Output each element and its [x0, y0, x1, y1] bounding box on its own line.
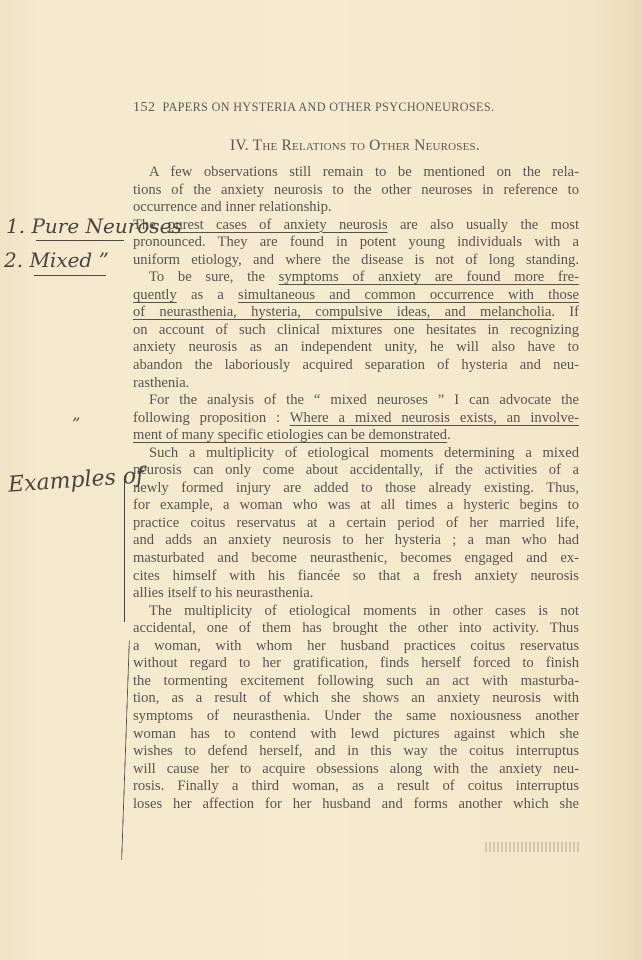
underlined-passage: quently [133, 287, 177, 303]
text-segment: . [447, 427, 451, 443]
text-line: will cause her to acquire obsessions alo… [133, 761, 579, 779]
text-line: accidental, one of them has brought the … [133, 620, 579, 638]
underlined-passage: Where a mixed neurosis exists, an involv… [290, 410, 579, 426]
text-line: abandon the laboriously acquired separat… [133, 357, 579, 375]
text-line: wishes to defend herself, and in this wa… [133, 743, 579, 761]
text-line: masturbated and become neurasthenic, bec… [133, 550, 579, 568]
underlined-passage: of neurasthenia, hysteria, compulsive id… [133, 304, 551, 320]
text-line: following proposition : Where a mixed ne… [133, 410, 579, 428]
text-line: without regard to her gratification, fin… [133, 655, 579, 673]
text-line: symptoms of neurasthenia. Under the same… [133, 708, 579, 726]
text-line: The multiplicity of etiological moments … [133, 603, 579, 621]
text-line: occurrence and inner relationship. [133, 199, 579, 217]
text-line: newly formed injury are added to those a… [133, 480, 579, 498]
page-number: 152 [133, 100, 156, 115]
text-line: quently as a simultaneous and common occ… [133, 287, 579, 305]
text-segment: as a [177, 287, 238, 303]
text-line: Such a multiplicity of etiological momen… [133, 445, 579, 463]
text-line: loses her affection for her husband and … [133, 796, 579, 814]
text-segment: . If [551, 304, 579, 320]
margin-bracket [124, 476, 125, 622]
text-line: of neurasthenia, hysteria, compulsive id… [133, 304, 579, 322]
text-line: and adds an anxiety neurosis to her hyst… [133, 532, 579, 550]
margin-bracket [121, 640, 130, 860]
print-smudge [485, 842, 580, 852]
underlined-passage: simultaneous and common occurrence with … [238, 287, 579, 303]
text-line: practice coitus reservatus at a certain … [133, 515, 579, 533]
text-line: neurosis can only come about accidentall… [133, 462, 579, 480]
text-line: tions of the anxiety neurosis to the oth… [133, 182, 579, 200]
running-head: 152PAPERS ON HYSTERIA AND OTHER PSYCHONE… [133, 100, 577, 116]
running-head-title: PAPERS ON HYSTERIA AND OTHER PSYCHONEURO… [163, 100, 495, 114]
margin-note-underline [34, 275, 106, 276]
text-line: cites himself with his fiancée so that a… [133, 568, 579, 586]
text-line: for example, a woman who was at all time… [133, 497, 579, 515]
text-line: ment of many specific etiologies can be … [133, 427, 579, 445]
text-line: To be sure, the symptoms of anxiety are … [133, 269, 579, 287]
text-line: rasthenia. [133, 375, 579, 393]
text-line: woman has to contend with lewd pictures … [133, 726, 579, 744]
text-line: the tormenting excitement following such… [133, 673, 579, 691]
text-segment: are also usually the most [388, 217, 579, 233]
underlined-passage: purest cases of anxiety neurosis [168, 217, 388, 233]
body-text: A few observations still remain to be me… [133, 164, 579, 813]
underlined-passage: symptoms of anxiety are found more fre- [279, 269, 579, 285]
text-line: a woman, with whom her husband practices… [133, 638, 579, 656]
text-line: A few observations still remain to be me… [133, 164, 579, 182]
section-title: IV. The Relations to Other Neuroses. [133, 137, 577, 155]
text-line: tion, as a result of which she shows an … [133, 690, 579, 708]
book-page: 152PAPERS ON HYSTERIA AND OTHER PSYCHONE… [0, 0, 642, 960]
margin-note-underline [36, 240, 124, 241]
text-line: uniform etiology, and where the disease … [133, 252, 579, 270]
margin-note-mixed: 2. Mixed ” [4, 248, 109, 272]
text-segment: To be sure, the [149, 269, 279, 285]
text-line: pronounced. They are found in potent you… [133, 234, 579, 252]
text-line: For the analysis of the “ mixed neuroses… [133, 392, 579, 410]
underlined-passage: ment of many specific etiologies can be … [133, 427, 447, 443]
text-line: on account of such clinical mixtures one… [133, 322, 579, 340]
margin-note-ditto: ” [72, 414, 80, 433]
margin-note-pure-neuroses: 1. Pure Neuroses [6, 214, 182, 238]
text-line: rosis. Finally a third woman, as a resul… [133, 778, 579, 796]
text-line: The purest cases of anxiety neurosis are… [133, 217, 579, 235]
text-segment: following proposition : [133, 410, 290, 426]
text-line: anxiety neurosis as an independent unity… [133, 339, 579, 357]
text-line: allies itself to his neurasthenia. [133, 585, 579, 603]
